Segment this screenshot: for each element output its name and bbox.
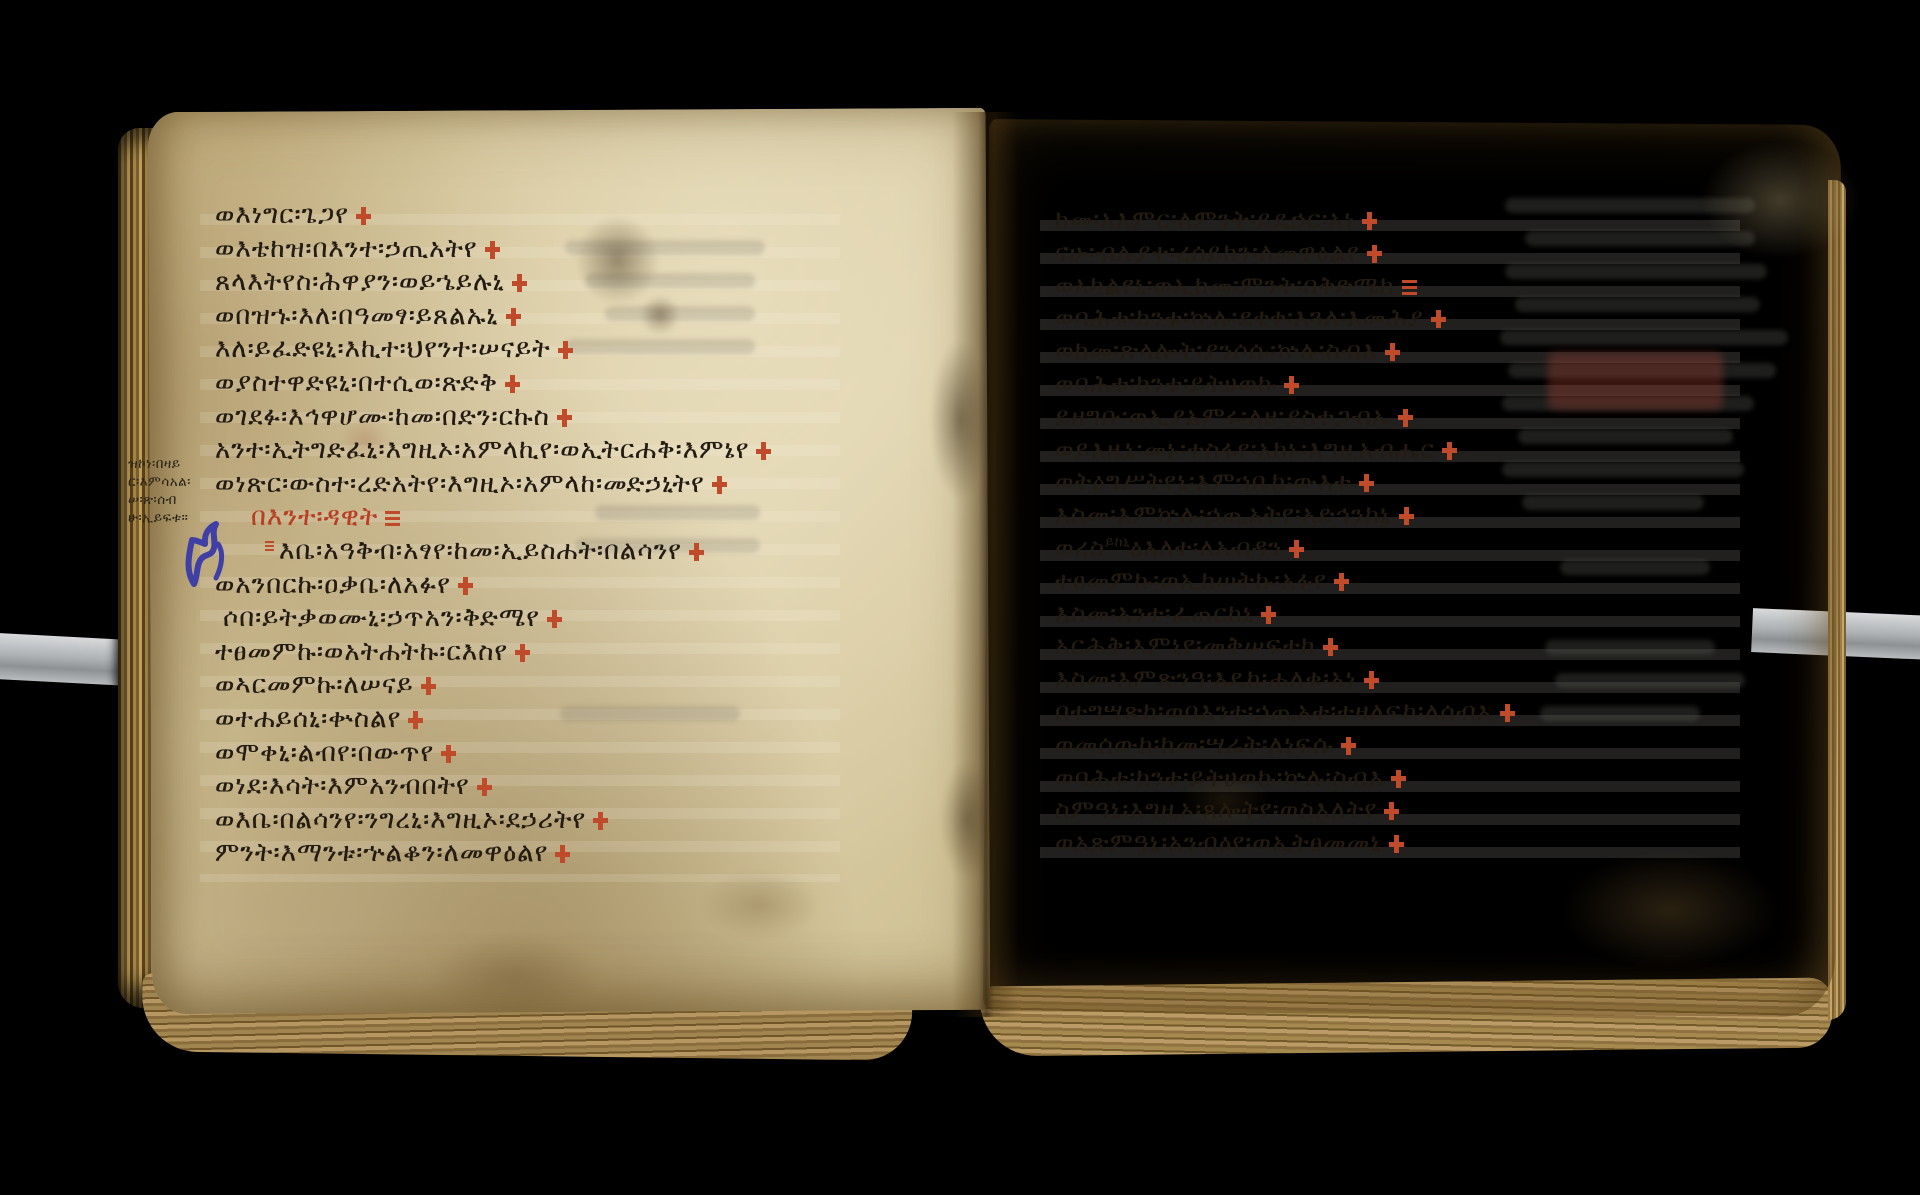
line-text: በተግሣጽከ፡ወበእንተ፡ኃጢአቱ፡ተዛለፍኮ፡ለሰብእ (1055, 697, 1493, 726)
text-line: ከመ፡አእምር፡ለምንት፡ይዴኃር፡አነ (1055, 205, 1377, 235)
red-cross-mark-icon (712, 476, 727, 494)
text-line: አንተ፡ኢትግድፈኒ፡እግዚኦ፡አምላኪየ፡ወኢትርሐቅ፡እምኔየ (215, 435, 771, 466)
red-cross-mark-icon (557, 409, 572, 427)
line-text: እስመ፡አንተ፡ፈጠርከኒ (1055, 599, 1254, 628)
text-line: ወነጽር፡ውስተ፡ረድአትየ፡እግዚኦ፡አምላከ፡መድኃኒትየ (215, 469, 727, 500)
text-line: ወአንበርኩ፡ዐቃቤ፡ለአፉየ (215, 570, 473, 601)
line-text: ተፀመምኩ፡ወአትሐትኩ፡ርእስየ (215, 637, 508, 667)
line-text: ወከመ፡ጽላሎት፡ያንሶሱ፡ኵሉ፡ስብእ (1055, 336, 1378, 365)
line-text: አርሕቅ፡እምኔየ፡መቅሠፍተከ (1055, 631, 1316, 660)
text-line: እለ፡ይፈድዩኒ፡እኪተ፡ህየንተ፡ሠናይት (215, 334, 573, 365)
red-cross-mark-icon (477, 778, 492, 796)
line-text: ይዘግቡ፡ወኢያአምሩ፡ለዘ፡ያስተጋብኡ (1055, 402, 1391, 431)
red-cross-mark-icon (458, 577, 473, 595)
text-line: እቤ፡አዓቅብ፡አፃየ፡ከመ፡ኢይስሐት፡በልሳንየ (265, 536, 704, 567)
text-line: ወባሕቱ፡ከንቱ፡ይትሀወኩ (1055, 369, 1299, 399)
text-line: ወያስተዋድዩኒ፡በተሲወ፡ጽድቅ (215, 368, 520, 399)
red-cross-mark-icon (1389, 835, 1404, 853)
line-text: ወገደፉ፡እኅዋሆሙ፡ከመ፡በድን፡ርኩስ (215, 402, 550, 432)
text-line: ወእቴከዝ፡በእንተ፡ኃጢአትየ (215, 234, 500, 265)
line-text: ከመ፡አእምር፡ለምንት፡ይዴኃር፡አነ (1055, 205, 1355, 234)
manuscript-photo: ወእነግር፡ጌጋየወእቴከዝ፡በእንተ፡ኃጢአትየጸላእትየስ፡ሕዋያን፡ወይኄ… (0, 0, 1920, 1195)
line-text: ወበዝኁ፡እለ፡በዓመፃ፡ይጸልኡኒ (215, 301, 499, 331)
text-layer: ወእነግር፡ጌጋየወእቴከዝ፡በእንተ፡ኃጢአትየጸላእትየስ፡ሕዋያን፡ወይኄ… (0, 0, 1920, 1195)
red-lead-mark-icon (265, 541, 274, 553)
red-cross-mark-icon (1367, 245, 1382, 263)
text-line: እስመ፡እምጽንዓ፡እዴከ፡ሐለቁ፡አነ (1055, 664, 1379, 694)
text-line: ስምዓኒ፡እግዚኦ፡ጸሎትየ፡ወስእለትየ (1055, 795, 1399, 825)
red-cross-mark-icon (1391, 770, 1406, 788)
text-line: ወበዝኁ፡እለ፡በዓመፃ፡ይጸልኡኒ (215, 301, 521, 332)
line-text: ወባሕቱ፡ከንቱ፡ይትሀወኩ፡ኵሉ፡ስብእ (1055, 763, 1384, 792)
text-line: ወይእዜኒ፡መኑ፡ተስፋየ፡አከኑ፡እግዚአብሔር (1055, 435, 1457, 465)
line-text: እስመ፡እምኵሉ፡ኃጢአትየ፡አድኅንከኒ (1055, 500, 1392, 529)
line-text: ወባሕቱ፡ከንቱ፡ይትሀወኩ (1055, 369, 1277, 398)
text-line: እስመ፡እምኵሉ፡ኃጢአትየ፡አድኅንከኒ (1055, 500, 1414, 530)
blue-ink-mark (178, 518, 242, 592)
red-cross-mark-icon (1341, 737, 1356, 755)
text-line: ወገደፉ፡እኅዋሆሙ፡ከመ፡በድን፡ርኩስ (215, 402, 572, 433)
line-text: ስምዓኒ፡እግዚኦ፡ጸሎትየ፡ወስእለትየ (1055, 795, 1377, 824)
red-cross-mark-icon (1442, 442, 1457, 460)
text-line: ወረስይከኒፅእለተ፡ለአብዳን (1055, 533, 1304, 563)
red-cross-mark-icon (1334, 573, 1349, 591)
line-text: እስመ፡እምጽንዓ፡እዴከ፡ሐለቁ፡አነ (1055, 664, 1357, 693)
line-text: ጸላእትየስ፡ሕዋያን፡ወይኄይሉኒ (215, 267, 505, 297)
red-cross-mark-icon (1289, 540, 1304, 558)
text-line: ወነደ፡እሳት፡እምአንብበትየ (215, 771, 492, 802)
red-cross-mark-icon (689, 543, 704, 561)
line-text: እለ፡ይፈድዩኒ፡እኪተ፡ህየንተ፡ሠናይት (215, 334, 551, 364)
line-text: ወአጽምዓኒ፡አንብዕየ፡ወኢትፀመመኒ (1055, 828, 1382, 857)
text-line: ወእቤ፡በልሳንየ፡ንግረኒ፡እግዚኦ፡ደኃሪትየ (215, 805, 608, 836)
text-line: ተፀመምኩ፡ወኢከሠትኩ፡አፉየ (1055, 566, 1349, 596)
text-line: ወኣርመምኩ፡ለሠናይ (215, 670, 436, 701)
red-cross-mark-icon (408, 711, 423, 729)
text-line: ወመሰውከ፡ከመ፡ሣሬት፡ለነፍሱ (1055, 730, 1356, 760)
text-line: ወእነግር፡ጌጋየ (215, 200, 371, 231)
red-cross-mark-icon (1398, 409, 1413, 427)
red-cross-mark-icon (1500, 704, 1515, 722)
line-text: ተፀመምኩ፡ወኢከሠትኩ፡አፉየ (1055, 566, 1327, 595)
text-line: ምንት፡እማንቱ፡ኍልቆን፡ለመዋዕልየ (215, 838, 570, 869)
text-line: ወባሕቱ፡ከንቱ፡ይትሀወኩ፡ኵሉ፡ስብእ (1055, 763, 1406, 793)
text-line: በተግሣጽከ፡ወበእንተ፡ኃጢአቱ፡ተዛለፍኮ፡ለሰብእ (1055, 697, 1515, 727)
line-text: ወረስይከኒፅእለተ፡ለአብዳን (1055, 533, 1282, 562)
red-cross-mark-icon (1362, 212, 1377, 230)
red-cross-mark-icon (485, 241, 500, 259)
text-line: ወኣካልየኒ፡ወኢከመ፡ምንት፡በቅድሜከ (1055, 271, 1417, 301)
red-cross-mark-icon (441, 745, 456, 763)
line-text: ወነደ፡እሳት፡እምአንብበትየ (215, 771, 470, 801)
red-cross-mark-icon (1399, 507, 1414, 525)
line-text: ወሞቀኒ፡ልብየ፡በውጥየ (215, 738, 434, 768)
red-cross-mark-icon (558, 341, 573, 359)
line-text: ወይእዜኒ፡መኑ፡ተስፋየ፡አከኑ፡እግዚአብሔር (1055, 435, 1435, 464)
line-text: ሶበ፡ይትቃወሙኒ፡ኃጥአን፡ቅድሜየ (223, 603, 540, 633)
red-cross-mark-icon (506, 308, 521, 326)
text-line: ይዘግቡ፡ወኢያአምሩ፡ለዘ፡ያስተጋብኡ (1055, 402, 1413, 432)
text-line: ሶበ፡ይትቃወሙኒ፡ኃጥአን፡ቅድሜየ (223, 603, 562, 634)
line-text: አንተ፡ኢትግድፈኒ፡እግዚኦ፡አምላኪየ፡ወኢትርሐቅ፡እምኔየ (215, 435, 749, 465)
line-text: እቤ፡አዓቅብ፡አፃየ፡ከመ፡ኢይስሐት፡በልሳንየ (279, 536, 682, 566)
text-line: ወአጽምዓኒ፡አንብዕየ፡ወኢትፀመመኒ (1055, 828, 1404, 858)
line-text: ወእቤ፡በልሳንየ፡ንግረኒ፡እግዚኦ፡ደኃሪትየ (215, 805, 586, 835)
margin-note: ዝኮነ፡በዛይር፡እምሳአል፡ሠ፡ጽ፡ሰብሁ፡ኢይፍቱ። (128, 455, 278, 527)
red-cross-mark-icon (1284, 376, 1299, 394)
red-cross-mark-icon (1364, 671, 1379, 689)
red-siglum-icon (385, 511, 400, 526)
text-line: ወሞቀኒ፡ልብየ፡በውጥየ (215, 738, 456, 769)
line-text: ወተሐይሰኒ፡ቍስልየ (215, 704, 401, 734)
text-line: ጸላእትየስ፡ሕዋያን፡ወይኄይሉኒ (215, 267, 527, 298)
red-cross-mark-icon (421, 677, 436, 695)
line-text: ወአንበርኩ፡ዐቃቤ፡ለአፉየ (215, 570, 451, 600)
text-line: ወተሐይሰኒ፡ቍስልየ (215, 704, 423, 735)
red-cross-mark-icon (1359, 474, 1374, 492)
line-text: ወትዕግሥትየኒ፡እምኀቤከ፡ውእቱ (1055, 467, 1352, 496)
line-text: ወእነግር፡ጌጋየ (215, 200, 349, 230)
text-line: እስመ፡አንተ፡ፈጠርከኒ (1055, 599, 1276, 629)
line-text: ወያስተዋድዩኒ፡በተሲወ፡ጽድቅ (215, 368, 498, 398)
line-text: ናሁ፡ብሉያተ፡ረሰይከን፡ለመዋዕልየ (1055, 238, 1360, 267)
red-cross-mark-icon (356, 207, 371, 225)
red-cross-mark-icon (1323, 638, 1338, 656)
line-text: ወመሰውከ፡ከመ፡ሣሬት፡ለነፍሱ (1055, 730, 1334, 759)
text-line: ወባሕቱ፡ከንቱ፡ኵሉ፡ደቂቀ፡እጓለ፡እመሕያ (1055, 303, 1446, 333)
red-cross-mark-icon (547, 610, 562, 628)
margin-note-line: ሠ፡ጽ፡ሰብ (128, 491, 278, 509)
margin-note-line: ር፡እምሳአል፡ (128, 473, 278, 491)
line-text: ወነጽር፡ውስተ፡ረድአትየ፡እግዚኦ፡አምላከ፡መድኃኒትየ (215, 469, 705, 499)
red-cross-mark-icon (505, 375, 520, 393)
red-cross-mark-icon (1385, 343, 1400, 361)
line-text: ወኣርመምኩ፡ለሠናይ (215, 670, 414, 700)
text-line: ወትዕግሥትየኒ፡እምኀቤከ፡ውእቱ (1055, 467, 1374, 497)
line-text: ምንት፡እማንቱ፡ኍልቆን፡ለመዋዕልየ (215, 838, 548, 868)
red-cross-mark-icon (512, 274, 527, 292)
text-line: አርሕቅ፡እምኔየ፡መቅሠፍተከ (1055, 631, 1338, 661)
red-cross-mark-icon (1431, 310, 1446, 328)
margin-note-line: ዝኮነ፡በዛይ (128, 455, 278, 473)
red-cross-mark-icon (593, 812, 608, 830)
line-text: ወእቴከዝ፡በእንተ፡ኃጢአትየ (215, 234, 478, 264)
line-text: ወኣካልየኒ፡ወኢከመ፡ምንት፡በቅድሜከ (1055, 271, 1395, 300)
red-cross-mark-icon (1384, 802, 1399, 820)
line-text: ወባሕቱ፡ከንቱ፡ኵሉ፡ደቂቀ፡እጓለ፡እመሕያ (1055, 303, 1424, 332)
text-line: ወከመ፡ጽላሎት፡ያንሶሱ፡ኵሉ፡ስብእ (1055, 336, 1400, 366)
red-cross-mark-icon (756, 442, 771, 460)
red-cross-mark-icon (515, 644, 530, 662)
red-siglum-icon (1402, 280, 1417, 295)
text-line: ተፀመምኩ፡ወአትሐትኩ፡ርእስየ (215, 637, 530, 668)
text-line: ናሁ፡ብሉያተ፡ረሰይከን፡ለመዋዕልየ (1055, 238, 1382, 268)
red-cross-mark-icon (555, 845, 570, 863)
red-cross-mark-icon (1261, 606, 1276, 624)
